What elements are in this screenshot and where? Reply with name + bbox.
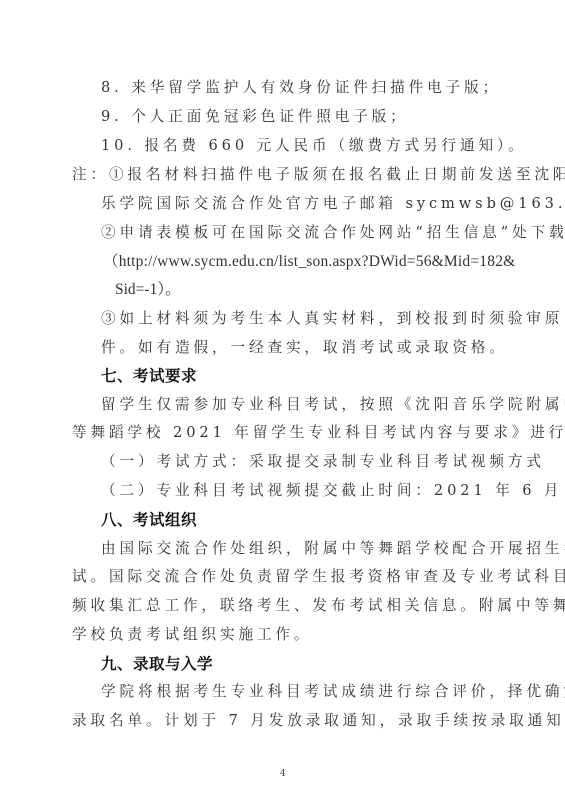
section-8-para-cont-2: 频收集汇总工作，联络考生、发布考试相关信息。附属中等舞蹈 — [72, 596, 565, 616]
section-9-para-cont: 录取名单。计划于 7 月发放录取通知，录取手续按录取通知相关 — [72, 711, 565, 731]
section-9-para: 学院将根据考生专业科目考试成绩进行综合评价，择优确定 — [101, 682, 565, 702]
note-3-cont: 件。如有造假，一经查实，取消考试或录取资格。 — [101, 338, 508, 358]
note-2: ②申请表模板可在国际交流合作处网站“招生信息”处下载 — [101, 223, 565, 243]
section-8-para-cont-1: 试。国际交流合作处负责留学生报考资格审查及专业考试科目视 — [72, 567, 565, 587]
section-7-para: 留学生仅需参加专业科目考试，按照《沈阳音乐学院附属中 — [101, 395, 565, 415]
list-item-8: 8. 来华留学监护人有效身份证件扫描件电子版； — [101, 78, 501, 98]
note-1-cont: 乐学院国际交流合作处官方电子邮箱 sycmwsb@163.com。 — [101, 194, 565, 214]
note-2-url-cont: Sid=-1）。 — [115, 280, 181, 300]
list-item-10: 10. 报名费 660 元人民币（缴费方式另行通知）。 — [101, 136, 527, 156]
section-8-para: 由国际交流合作处组织，附属中等舞蹈学校配合开展招生考 — [101, 539, 565, 559]
page-number: 4 — [280, 769, 286, 779]
section-8-para-cont-3: 学校负责考试组织实施工作。 — [72, 625, 312, 645]
section-8-heading: 八、考试组织 — [101, 510, 197, 530]
section-7-item-1: （一）考试方式：采取提交录制专业科目考试视频方式 — [101, 452, 545, 472]
list-item-9: 9. 个人正面免冠彩色证件照电子版； — [101, 107, 409, 127]
section-7-para-cont: 等舞蹈学校 2021 年留学生专业科目考试内容与要求》进行。 — [72, 423, 565, 443]
note-3: ③如上材料须为考生本人真实材料，到校报到时须验审原 — [101, 309, 563, 329]
section-7-heading: 七、考试要求 — [101, 366, 197, 386]
section-9-heading: 九、录取与入学 — [101, 654, 213, 674]
note-2-url: （http://www.sycm.edu.cn/list_son.aspx?DW… — [103, 252, 515, 272]
section-7-item-2: （二）专业科目考试视频提交截止时间：2021 年 6 月 21 日 — [101, 481, 565, 501]
note-1: 注：①报名材料扫描件电子版须在报名截止日期前发送至沈阳音 — [72, 165, 565, 185]
